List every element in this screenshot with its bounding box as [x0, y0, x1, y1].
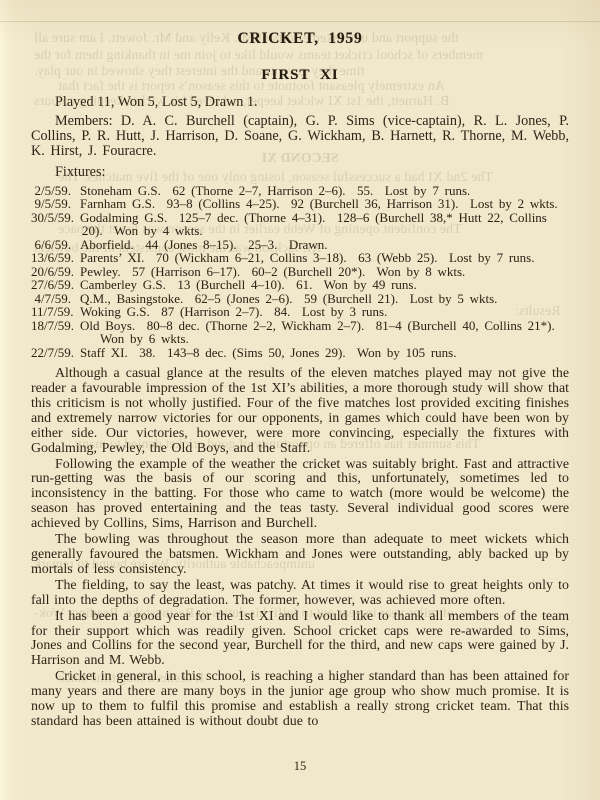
body-paragraph-6: Cricket in general, in this school, is r…	[31, 670, 569, 730]
members-paragraph: Members: D. A. C. Burchell (captain), G.…	[31, 114, 569, 160]
body-paragraph-1: Although a casual glance at the results …	[31, 367, 569, 456]
fixture-row: 22/7/59.Staff XI. 38. 143–8 dec. (Sims 5…	[31, 346, 569, 360]
fixture-result-line: Stoneham G.S. 62 (Thorne 2–7, Harrison 2…	[80, 184, 470, 198]
page-number: 15	[0, 759, 600, 774]
fixture-result: Stoneham G.S. 62 (Thorne 2–7, Harrison 2…	[71, 184, 470, 198]
fixture-row: 2/5/59.Stoneham G.S. 62 (Thorne 2–7, Har…	[31, 184, 569, 198]
fixture-row: 11/7/59.Woking G.S. 87 (Harrison 2–7). 8…	[31, 305, 569, 319]
fixture-date: 20/6/59.	[31, 265, 71, 279]
fixture-result: Q.M., Basingstoke. 62–5 (Jones 2–6). 59 …	[71, 292, 497, 306]
fixture-result-line: Parents’ XI. 70 (Wickham 6–21, Collins 3…	[80, 251, 535, 265]
page-content: CRICKET, 1959 FIRST XI Played 11, Won 5,…	[0, 0, 600, 730]
body-paragraph-3: The bowling was throughout the season mo…	[31, 533, 569, 578]
fixture-result: Parents’ XI. 70 (Wickham 6–21, Collins 3…	[71, 251, 535, 265]
fixture-date: 11/7/59.	[31, 305, 71, 319]
fixture-result-line: Old Boys. 80–8 dec. (Thorne 2–2, Wickham…	[80, 319, 555, 333]
fixture-result: Aborfield. 44 (Jones 8–15). 25–3. Drawn.	[71, 238, 327, 252]
fixture-date: 18/7/59.	[31, 319, 71, 346]
fixture-result: Godalming G.S. 125–7 dec. (Thorne 4–31).…	[71, 211, 547, 238]
fixture-result-line: Pewley. 57 (Harrison 6–17). 60–2 (Burche…	[80, 265, 465, 279]
fixture-result-continuation: 20). Won by 4 wkts.	[80, 224, 547, 238]
fixture-row: 13/6/59.Parents’ XI. 70 (Wickham 6–21, C…	[31, 251, 569, 265]
fixture-date: 4/7/59.	[31, 292, 71, 306]
fixture-row: 18/7/59.Old Boys. 80–8 dec. (Thorne 2–2,…	[31, 319, 569, 346]
season-record: Played 11, Won 5, Lost 5, Drawn 1.	[31, 95, 569, 110]
fixtures-list: 2/5/59.Stoneham G.S. 62 (Thorne 2–7, Har…	[31, 184, 569, 360]
fixture-row: 30/5/59.Godalming G.S. 125–7 dec. (Thorn…	[31, 211, 569, 238]
fixture-date: 27/6/59.	[31, 278, 71, 292]
fixture-result-line: Farnham G.S. 93–8 (Collins 4–25). 92 (Bu…	[80, 197, 558, 211]
fixtures-label: Fixtures:	[31, 165, 569, 180]
fixture-result: Camberley G.S. 13 (Burchell 4–10). 61. W…	[71, 278, 417, 292]
body-paragraph-4: The fielding, to say the least, was patc…	[31, 579, 569, 609]
fixture-row: 9/5/59.Farnham G.S. 93–8 (Collins 4–25).…	[31, 197, 569, 211]
fixture-result-line: Godalming G.S. 125–7 dec. (Thorne 4–31).…	[80, 211, 547, 225]
fixture-result-line: Q.M., Basingstoke. 62–5 (Jones 2–6). 59 …	[80, 292, 497, 306]
fixture-date: 30/5/59.	[31, 211, 71, 238]
report-paragraphs: Although a casual glance at the results …	[31, 367, 569, 730]
scanned-page: the support and unrelaxed efforts of Mr.…	[0, 0, 600, 800]
fixture-date: 2/5/59.	[31, 184, 71, 198]
fixture-date: 13/6/59.	[31, 251, 71, 265]
fixture-result: Staff XI. 38. 143–8 dec. (Sims 50, Jones…	[71, 346, 456, 360]
page-title: CRICKET, 1959	[31, 30, 569, 48]
body-paragraph-5: It has been a good year for the 1st XI a…	[31, 610, 569, 670]
fixture-result: Woking G.S. 87 (Harrison 2–7). 84. Lost …	[71, 305, 387, 319]
body-paragraph-2: Following the example of the weather the…	[31, 458, 569, 533]
fixture-date: 9/5/59.	[31, 197, 71, 211]
section-title: FIRST XI	[31, 67, 569, 84]
fixture-row: 4/7/59.Q.M., Basingstoke. 62–5 (Jones 2–…	[31, 292, 569, 306]
fixture-result: Pewley. 57 (Harrison 6–17). 60–2 (Burche…	[71, 265, 465, 279]
fixture-result: Old Boys. 80–8 dec. (Thorne 2–2, Wickham…	[71, 319, 555, 346]
fixture-result: Farnham G.S. 93–8 (Collins 4–25). 92 (Bu…	[71, 197, 558, 211]
fixture-result-line: Camberley G.S. 13 (Burchell 4–10). 61. W…	[80, 278, 417, 292]
fixture-date: 6/6/59.	[31, 238, 71, 252]
fixture-result-line: Woking G.S. 87 (Harrison 2–7). 84. Lost …	[80, 305, 387, 319]
fixture-result-continuation: Won by 6 wkts.	[80, 332, 555, 346]
fixture-date: 22/7/59.	[31, 346, 71, 360]
fixture-result-line: Aborfield. 44 (Jones 8–15). 25–3. Drawn.	[80, 238, 327, 252]
fixture-row: 27/6/59.Camberley G.S. 13 (Burchell 4–10…	[31, 278, 569, 292]
fixture-row: 20/6/59.Pewley. 57 (Harrison 6–17). 60–2…	[31, 265, 569, 279]
fixture-result-line: Staff XI. 38. 143–8 dec. (Sims 50, Jones…	[80, 346, 456, 360]
fixture-row: 6/6/59.Aborfield. 44 (Jones 8–15). 25–3.…	[31, 238, 569, 252]
